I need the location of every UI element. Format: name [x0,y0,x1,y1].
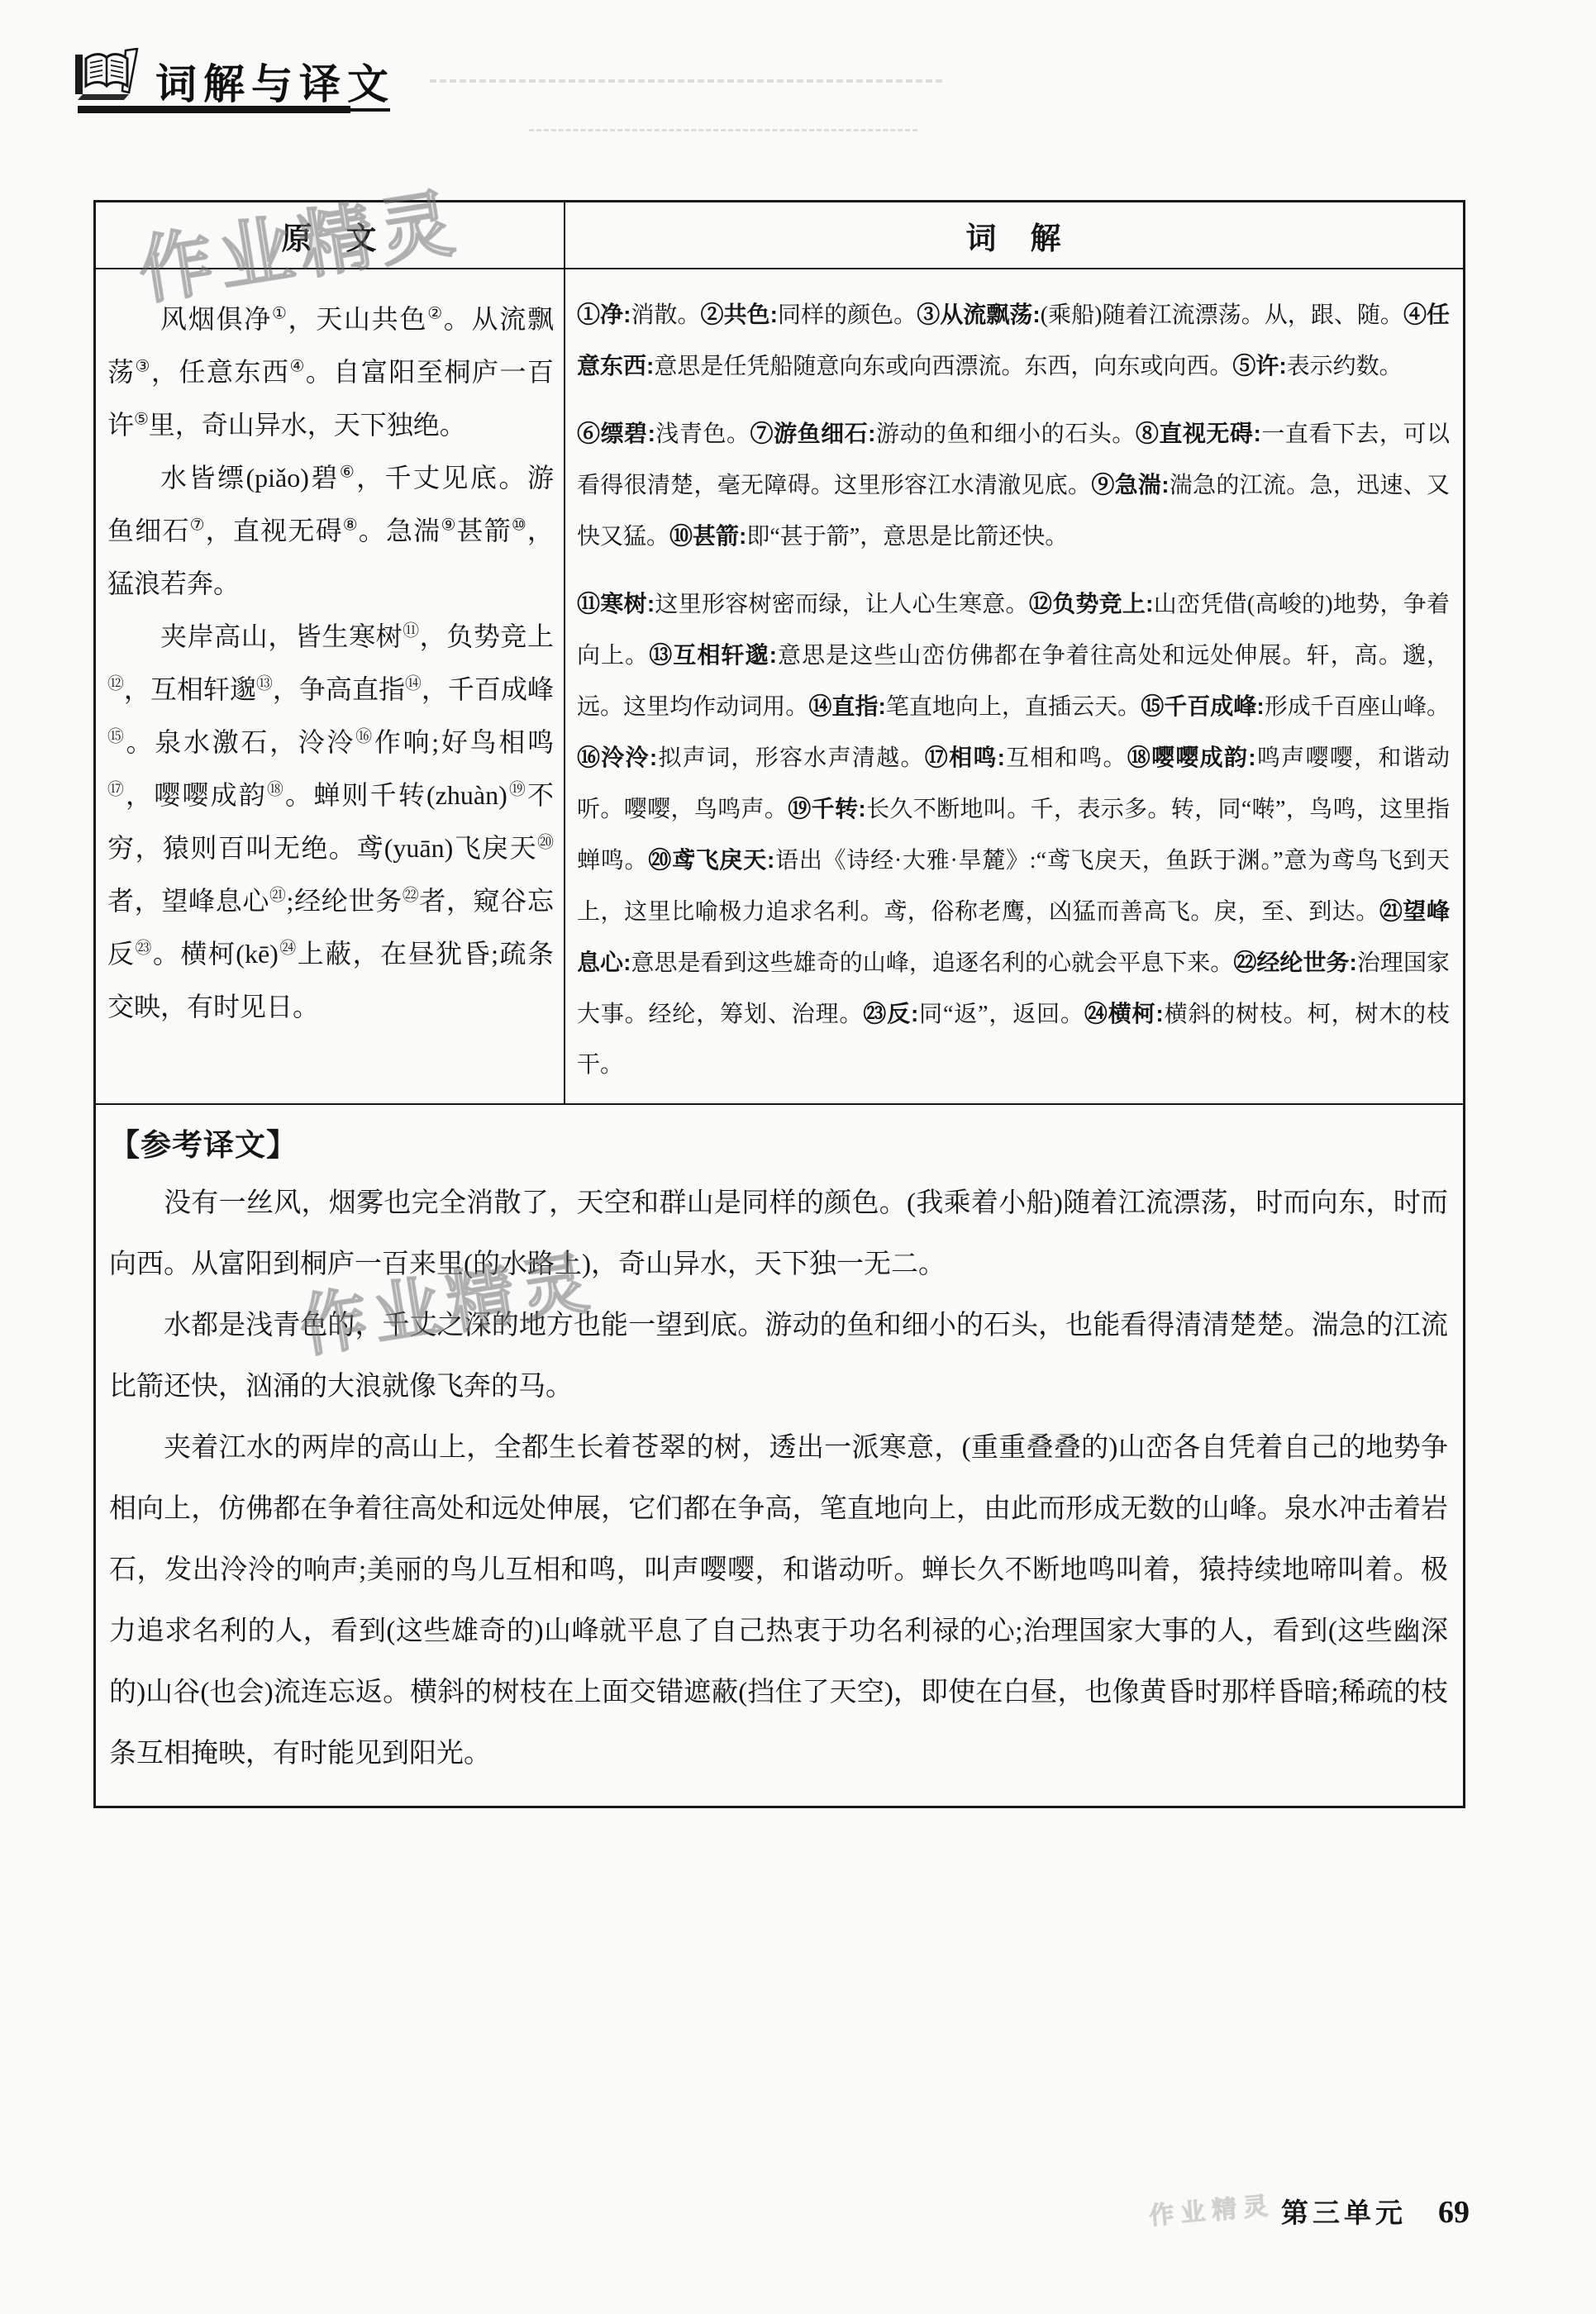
explanation-block: ⑥缥碧:浅青色。⑦游鱼细石:游动的鱼和细小的石头。⑧直视无碍:一直看下去，可以看… [577,408,1450,562]
footer-page-number: 69 [1438,2194,1470,2231]
explanation-definition: 同“返”，返回。 [918,1002,1084,1027]
watermark-text: 作业精灵 [1147,2184,1275,2231]
title-underline-tail [350,108,390,112]
explanation-term: ⑪寒树: [577,591,655,617]
explanation-definition: (乘船)随着江流漂荡。从，跟、随。 [1041,302,1403,328]
explanation-definition: 拟声词，形容水声清越。 [657,745,925,771]
explanation-term: ⑯泠泠: [577,745,657,770]
explanation-definition: 互相和鸣。 [1005,745,1127,771]
explanation-definition: 消散。 [631,302,700,328]
footer-unit-label: 第三单元 [1281,2192,1407,2231]
explanation-term: ②共色: [701,302,778,327]
original-paragraph: 风烟俱净①，天山共色②。从流飘荡③，任意东西④。自富阳至桐庐一百许⑤里，奇山异水… [107,293,554,451]
page-header: 词解与译文 [73,48,395,111]
translation-paragraph: 没有一丝风，烟雾也完全消散了，天空和群山是同样的颜色。(我乘着小船)随着江流漂荡… [109,1173,1448,1295]
explanation-block: ⑪寒树:这里形容树密而绿，让人心生寒意。⑫负势竞上:山峦凭借(高峻的)地势，争着… [577,578,1450,1090]
explanation-term: ③从流飘荡: [917,302,1041,327]
explanation-term: ⑬互相轩邈: [649,642,777,668]
explanation-definition: 形成千百座山峰。 [1265,694,1450,720]
explanation-term: ⑱嘤嘤成韵: [1127,745,1256,770]
original-paragraph: 夹岸高山，皆生寒树⑪，负势竞上⑫，互相轩邈⑬，争高直指⑭，千百成峰⑮。泉水激石，… [107,610,554,1033]
explanation-term: ㉓反: [863,1001,918,1026]
page-footer: 第三单元 69 [1281,2192,1470,2231]
textbook-page: 词解与译文 原 文 词 解 风烟俱净①，天山共色②。从流飘荡③，任意东西④。自富… [0,0,1596,2314]
explanation-cell: ①净:消散。②共色:同样的颜色。③从流飘荡:(乘船)随着江流漂荡。从，跟、随。④… [565,269,1463,1103]
translation-paragraphs: 没有一丝风，烟雾也完全消散了，天空和群山是同样的颜色。(我乘着小船)随着江流漂荡… [109,1173,1448,1784]
original-text-cell: 风烟俱净①，天山共色②。从流飘荡③，任意东西④。自富阳至桐庐一百许⑤里，奇山异水… [96,269,565,1103]
explanation-term: ㉔横柯: [1084,1001,1164,1026]
open-book-icon [73,48,142,102]
explanation-definition: 意思是看到这些雄奇的山峰，追逐名利的心就会平息下来。 [631,950,1233,976]
explanation-definition: 这里形容树密而绿，让人心生寒意。 [655,592,1029,617]
explanation-term: ⑤许: [1232,353,1286,379]
table-header-row: 原 文 词 解 [96,202,1463,269]
explanation-term: ⑮千百成峰: [1141,693,1265,719]
column-header-explanation: 词 解 [565,202,1463,268]
translation-section: 【参考译文】 没有一丝风，烟雾也完全消散了，天空和群山是同样的颜色。(我乘着小船… [96,1105,1463,1806]
explanation-definition: 浅青色。 [655,421,750,447]
explanation-term: ⑲千转: [788,796,865,821]
content-box: 原 文 词 解 风烟俱净①，天山共色②。从流飘荡③，任意东西④。自富阳至桐庐一百… [93,200,1465,1808]
explanation-term: ⑩甚箭: [669,523,746,549]
scan-dash-artifact [430,79,942,83]
explanation-definition: 游动的鱼和细小的石头。 [876,421,1136,447]
column-header-original: 原 文 [96,202,565,268]
explanation-term: ⑭直指: [808,693,885,719]
explanation-term: ㉒经纶世务: [1233,950,1357,975]
original-paragraph: 水皆缥(piǎo)碧⑥，千丈见底。游鱼细石⑦，直视无碍⑧。急湍⑨甚箭⑩，猛浪若奔… [107,451,554,610]
explanation-term: ⑰相鸣: [925,745,1005,770]
explanation-definition: 同样的颜色。 [778,302,917,328]
table-body-row: 风烟俱净①，天山共色②。从流飘荡③，任意东西④。自富阳至桐庐一百许⑤里，奇山异水… [96,269,1463,1105]
explanation-term: ⑦游鱼细石: [750,421,876,446]
explanation-term: ⑳鸢飞戾天: [648,847,774,873]
title-underline [78,106,350,113]
page-title: 词解与译文 [155,51,395,111]
explanation-definition: 表示约数。 [1287,354,1403,379]
explanation-block: ①净:消散。②共色:同样的颜色。③从流飘荡:(乘船)随着江流漂荡。从，跟、随。④… [577,289,1450,392]
translation-paragraph: 夹着江水的两岸的高山上，全都生长着苍翠的树，透出一派寒意，(重重叠叠的)山峦各自… [109,1417,1448,1784]
translation-paragraph: 水都是浅青色的，千丈之深的地方也能一望到底。游动的鱼和细小的石头，也能看得清清楚… [109,1295,1448,1417]
explanation-definition: 笔直地向上，直插云天。 [886,694,1141,720]
explanation-term: ⑫负势竞上: [1029,591,1154,617]
explanation-term: ⑨急湍: [1091,472,1169,498]
explanation-term: ①净: [577,302,631,327]
explanation-term: ⑥缥碧: [577,421,655,446]
explanation-term: ⑧直视无碍: [1136,421,1261,446]
scan-dash-artifact [529,129,917,131]
explanation-definition: 意思是任凭船随意向东或向西漂流。东西，向东或向西。 [654,354,1232,379]
explanation-definition: 即“甚于箭”，意思是比箭还快。 [746,524,1068,550]
translation-heading: 【参考译文】 [109,1120,1448,1164]
